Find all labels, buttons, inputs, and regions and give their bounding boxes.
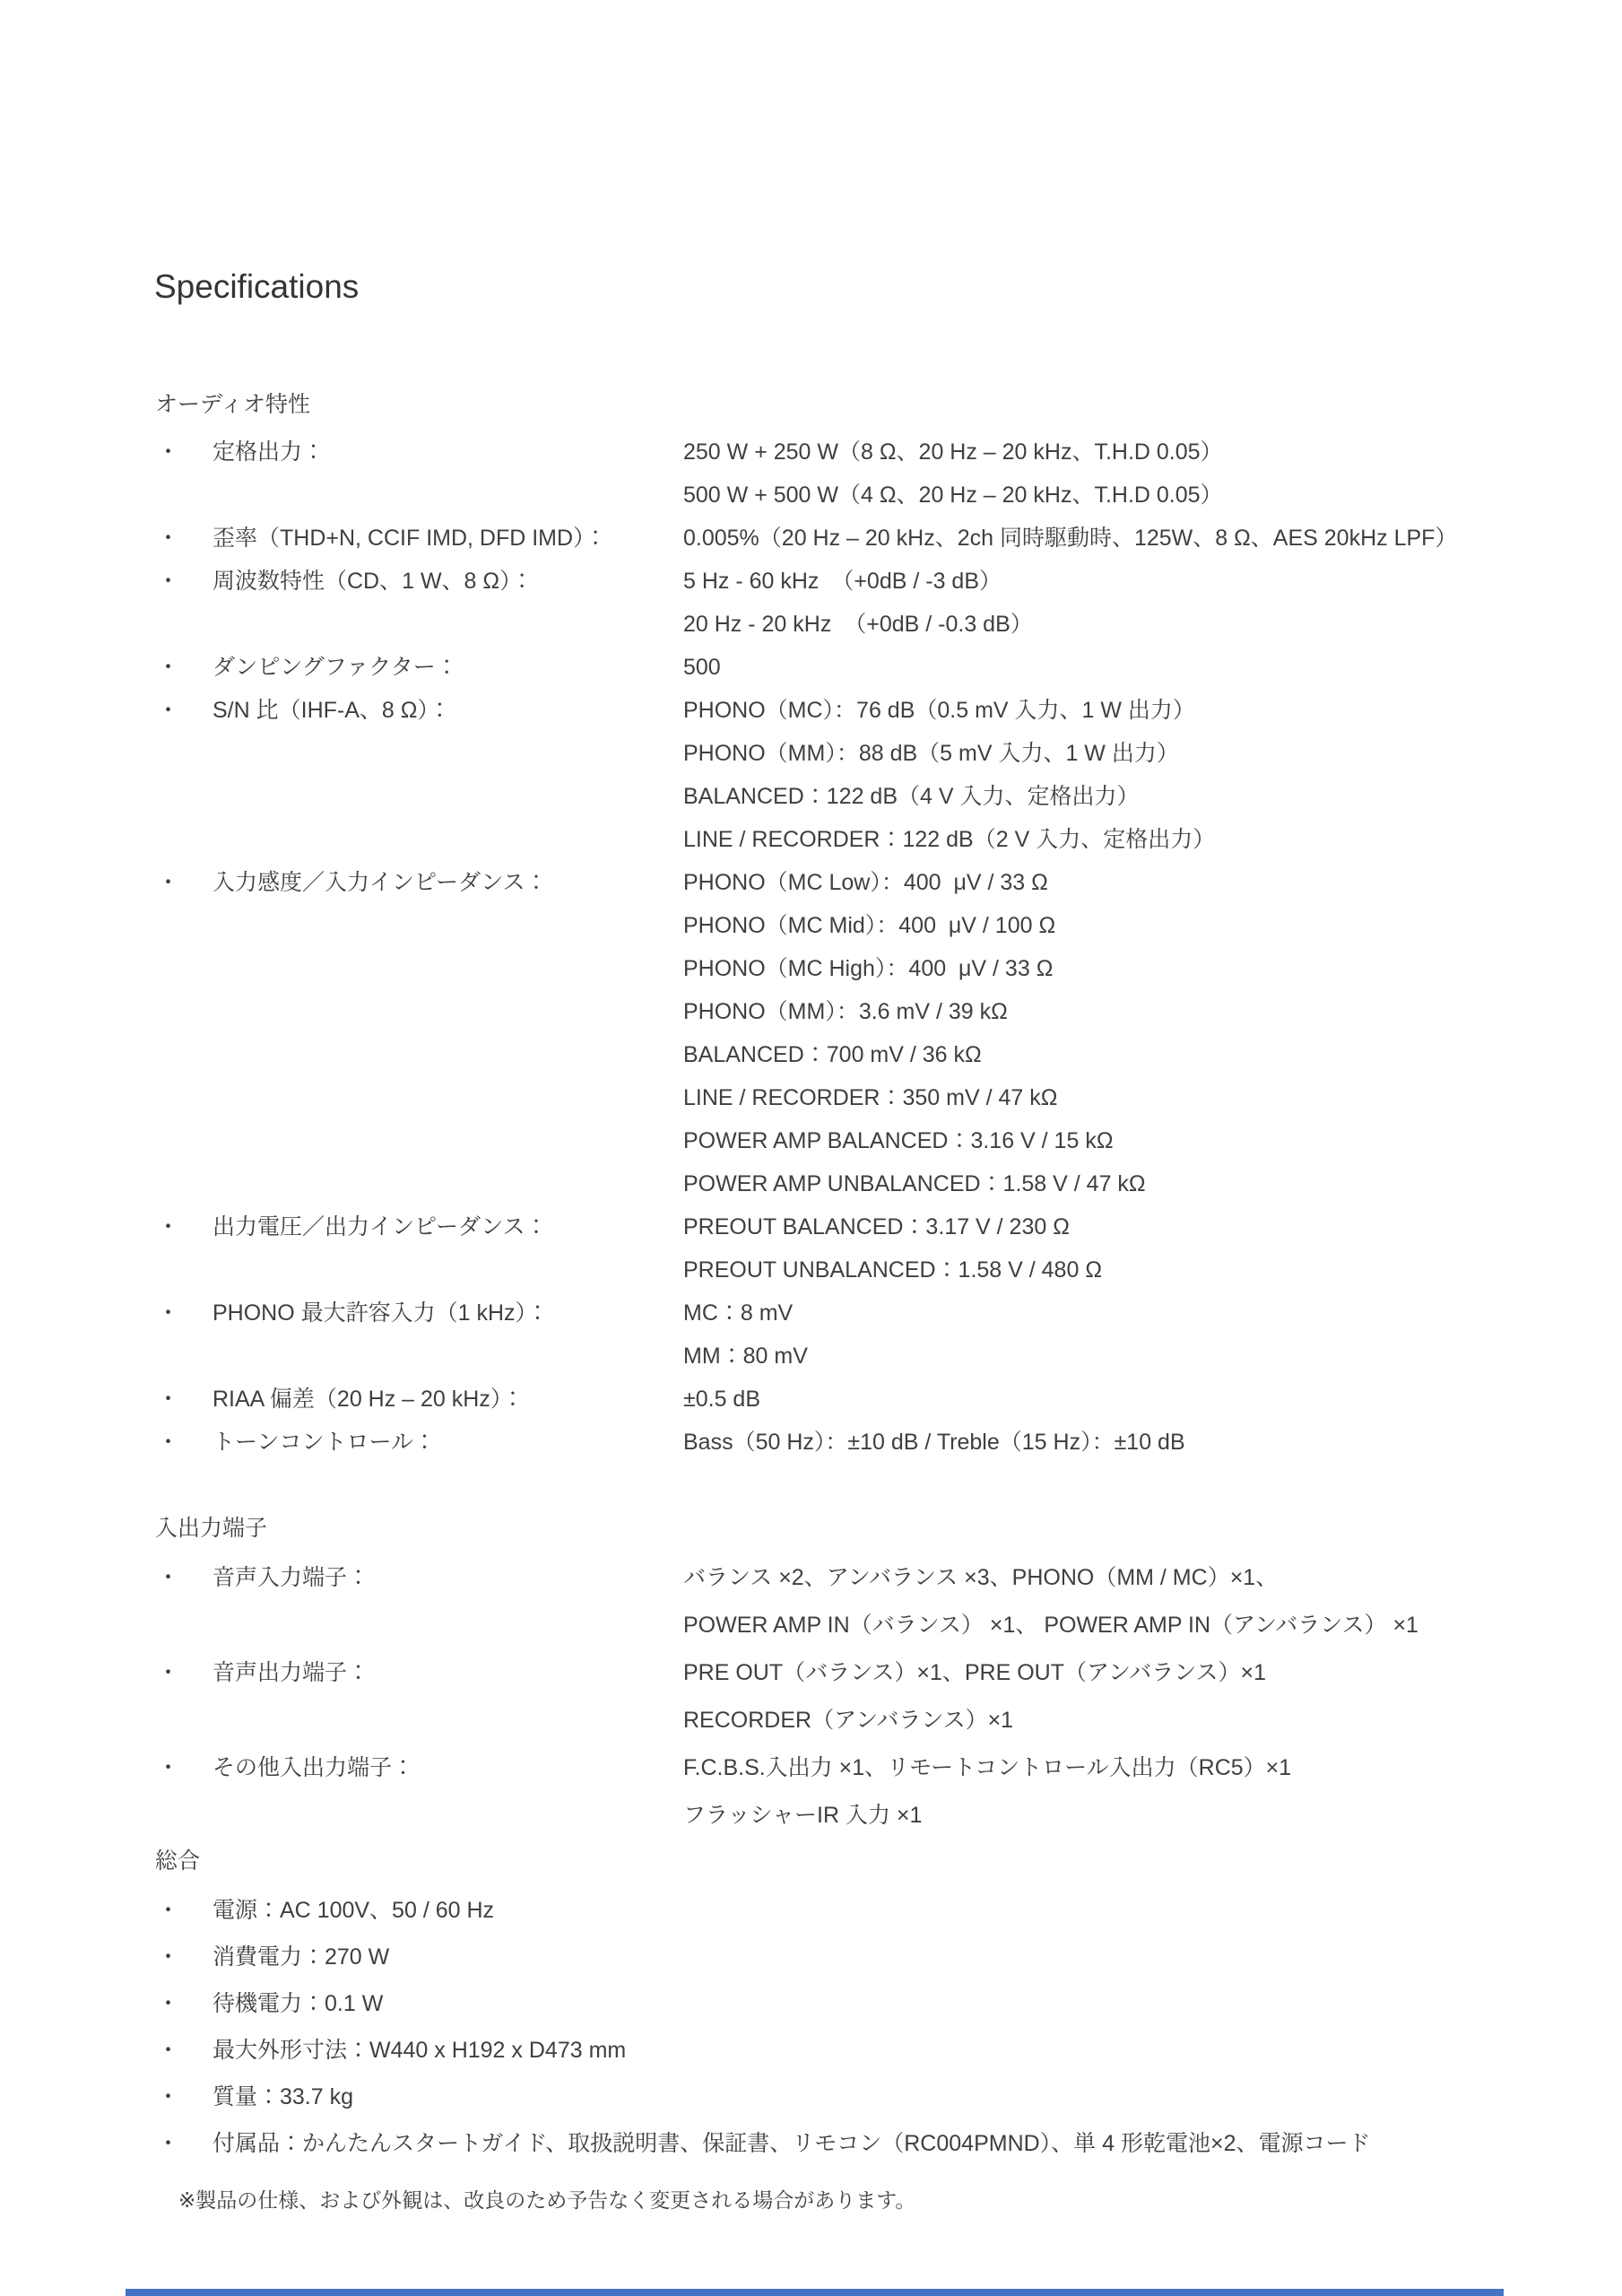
spec-row: ・ トーンコントロール： Bass（50 Hz）：±10 dB / Treble… [157,1421,1622,1464]
section-heading: 総合 [155,1839,1622,1883]
spec-row: ・ 定格出力： 250 W + 250 W（8 Ω、20 Hz – 20 kHz… [157,430,1622,517]
spec-value-line: MC：8 mV [683,1291,1622,1335]
spec-row: ・ 歪率（THD+N, CCIF IMD, DFD IMD）： 0.005%（2… [157,517,1622,560]
spec-document-page: Specifications オーディオ特性 ・ 定格出力： 250 W + 2… [0,0,1622,2296]
spec-values: MC：8 mV MM：80 mV [683,1291,1622,1378]
spec-value-line: POWER AMP BALANCED：3.16 V / 15 kΩ [683,1119,1622,1162]
spec-values: ±0.5 dB [683,1378,1622,1421]
spec-item-row: ・ 待機電力：0.1 W [157,1980,1622,2027]
spec-label: 入力感度／入力インピーダンス： [213,861,683,1205]
section-heading: 入出力端子 [155,1507,1622,1551]
spec-item-row: ・ 質量：33.7 kg [157,2074,1622,2120]
spec-item-text: 付属品：かんたんスタートガイド、取扱説明書、保証書、リモコン（RC004PMND… [213,2120,1622,2167]
spec-value-line: PHONO（MC）：76 dB（0.5 mV 入力、1 W 出力） [683,689,1622,732]
bullet-marker: ・ [157,1887,213,1934]
spec-values: 5 Hz - 60 kHz （+0dB / -3 dB） 20 Hz - 20 … [683,560,1622,646]
spec-value-line: 500 W + 500 W（4 Ω、20 Hz – 20 kHz、T.H.D 0… [683,474,1622,517]
spec-values: PRE OUT（バランス）×1、PRE OUT（アンバランス）×1 RECORD… [683,1649,1622,1744]
spec-value-line: PHONO（MC High）：400 μV / 33 Ω [683,947,1622,990]
page-title: Specifications [154,265,1622,309]
bullet-marker: ・ [157,517,213,560]
spec-label: ダンピングファクター： [213,646,683,689]
section-heading: オーディオ特性 [155,383,1622,427]
spec-row: ・ 周波数特性（CD、1 W、8 Ω）： 5 Hz - 60 kHz （+0dB… [157,560,1622,646]
spec-value-line: F.C.B.S.入出力 ×1、リモートコントロール入出力（RC5）×1 [683,1744,1622,1792]
spec-value-line: LINE / RECORDER：122 dB（2 V 入力、定格出力） [683,818,1622,861]
spec-value-line: POWER AMP UNBALANCED：1.58 V / 47 kΩ [683,1162,1622,1205]
bullet-marker: ・ [157,646,213,689]
spec-item-text: 待機電力：0.1 W [213,1980,1622,2027]
section-io-terminals: 入出力端子 ・ 音声入力端子： バランス ×2、アンバランス ×3、PHONO（… [0,1507,1622,1839]
spec-value-line: PHONO（MM）：88 dB（5 mV 入力、1 W 出力） [683,732,1622,775]
spec-row: ・ S/N 比（IHF-A、8 Ω）： PHONO（MC）：76 dB（0.5 … [157,689,1622,861]
spec-value-line: 500 [683,646,1622,689]
spec-row: ・ 入力感度／入力インピーダンス： PHONO（MC Low）：400 μV /… [157,861,1622,1205]
spec-label: RIAA 偏差（20 Hz – 20 kHz）： [213,1378,683,1421]
footer-disclaimer-note: ※製品の仕様、および外観は、改良のため予告なく変更される場合があります。 [178,2187,1622,2213]
spec-value-line: PRE OUT（バランス）×1、PRE OUT（アンバランス）×1 [683,1649,1622,1697]
spec-value-line: LINE / RECORDER：350 mV / 47 kΩ [683,1076,1622,1119]
spec-row: ・ その他入出力端子： F.C.B.S.入出力 ×1、リモートコントロール入出力… [157,1744,1622,1839]
spec-label: PHONO 最大許容入力（1 kHz）： [213,1291,683,1378]
section-audio-characteristics: オーディオ特性 ・ 定格出力： 250 W + 250 W（8 Ω、20 Hz … [0,383,1622,1464]
spec-values: F.C.B.S.入出力 ×1、リモートコントロール入出力（RC5）×1 フラッシ… [683,1744,1622,1839]
spec-item-row: ・ 付属品：かんたんスタートガイド、取扱説明書、保証書、リモコン（RC004PM… [157,2120,1622,2167]
spec-label: 定格出力： [213,430,683,517]
spec-values: PHONO（MC）：76 dB（0.5 mV 入力、1 W 出力） PHONO（… [683,689,1622,861]
spec-values: Bass（50 Hz）：±10 dB / Treble（15 Hz）：±10 d… [683,1421,1622,1464]
spec-value-line: BALANCED：700 mV / 36 kΩ [683,1033,1622,1076]
spec-value-line: PREOUT UNBALANCED：1.58 V / 480 Ω [683,1248,1622,1291]
spec-values: PHONO（MC Low）：400 μV / 33 Ω PHONO（MC Mid… [683,861,1622,1205]
section-rows: ・ 音声入力端子： バランス ×2、アンバランス ×3、PHONO（MM / M… [0,1554,1622,1839]
spec-value-line: 250 W + 250 W（8 Ω、20 Hz – 20 kHz、T.H.D 0… [683,430,1622,474]
spec-label: 音声出力端子： [213,1649,683,1697]
spec-values: バランス ×2、アンバランス ×3、PHONO（MM / MC）×1、 POWE… [683,1554,1622,1649]
spec-label: 音声入力端子： [213,1554,683,1602]
spec-item-text: 消費電力：270 W [213,1934,1622,1980]
spec-row: ・ 音声出力端子： PRE OUT（バランス）×1、PRE OUT（アンバランス… [157,1649,1622,1744]
spec-values: 0.005%（20 Hz – 20 kHz、2ch 同時駆動時、125W、8 Ω… [683,517,1622,560]
bullet-marker: ・ [157,1934,213,1980]
spec-row: ・ RIAA 偏差（20 Hz – 20 kHz）： ±0.5 dB [157,1378,1622,1421]
spec-item-text: 質量：33.7 kg [213,2074,1622,2120]
bullet-marker: ・ [157,2120,213,2167]
spec-item-row: ・ 消費電力：270 W [157,1934,1622,1980]
bullet-marker: ・ [157,560,213,646]
spec-row: ・ 音声入力端子： バランス ×2、アンバランス ×3、PHONO（MM / M… [157,1554,1622,1649]
bullet-marker: ・ [157,2074,213,2120]
spec-label: 歪率（THD+N, CCIF IMD, DFD IMD）： [213,517,683,560]
spec-value-line: PHONO（MC Low）：400 μV / 33 Ω [683,861,1622,904]
bullet-marker: ・ [157,1744,213,1792]
spec-row: ・ PHONO 最大許容入力（1 kHz）： MC：8 mV MM：80 mV [157,1291,1622,1378]
bullet-marker: ・ [157,1205,213,1291]
spec-value-line: フラッシャーIR 入力 ×1 [683,1792,1622,1839]
spec-label: S/N 比（IHF-A、8 Ω）： [213,689,683,861]
bullet-marker: ・ [157,1980,213,2027]
bullet-marker: ・ [157,1649,213,1697]
spec-item-text: 電源：AC 100V、50 / 60 Hz [213,1887,1622,1934]
spec-label: その他入出力端子： [213,1744,683,1792]
spec-value-line: PHONO（MC Mid）：400 μV / 100 Ω [683,904,1622,947]
spec-value-line: MM：80 mV [683,1335,1622,1378]
spec-item-row: ・ 電源：AC 100V、50 / 60 Hz [157,1887,1622,1934]
spec-value-line: RECORDER（アンバランス）×1 [683,1697,1622,1744]
spec-item-text: 最大外形寸法：W440 x H192 x D473 mm [213,2027,1622,2074]
bullet-marker: ・ [157,1554,213,1602]
section-rows: ・ 電源：AC 100V、50 / 60 Hz ・ 消費電力：270 W ・ 待… [0,1887,1622,2167]
bullet-marker: ・ [157,430,213,517]
spec-value-line: POWER AMP IN（バランス） ×1、 POWER AMP IN（アンバラ… [683,1602,1622,1649]
spec-row: ・ ダンピングファクター： 500 [157,646,1622,689]
spec-value-line: 0.005%（20 Hz – 20 kHz、2ch 同時駆動時、125W、8 Ω… [683,517,1622,560]
spec-label: 出力電圧／出力インピーダンス： [213,1205,683,1291]
spec-value-line: バランス ×2、アンバランス ×3、PHONO（MM / MC）×1、 [683,1554,1622,1602]
section-general: 総合 ・ 電源：AC 100V、50 / 60 Hz ・ 消費電力：270 W … [0,1839,1622,2167]
bullet-marker: ・ [157,1421,213,1464]
spec-row: ・ 出力電圧／出力インピーダンス： PREOUT BALANCED：3.17 V… [157,1205,1622,1291]
bullet-marker: ・ [157,1378,213,1421]
spec-label: トーンコントロール： [213,1421,683,1464]
spec-value-line: 5 Hz - 60 kHz （+0dB / -3 dB） [683,560,1622,603]
bullet-marker: ・ [157,689,213,861]
spec-value-line: PHONO（MM）：3.6 mV / 39 kΩ [683,990,1622,1033]
spec-value-line: PREOUT BALANCED：3.17 V / 230 Ω [683,1205,1622,1248]
spec-label: 周波数特性（CD、1 W、8 Ω）： [213,560,683,646]
spec-value-line: BALANCED：122 dB（4 V 入力、定格出力） [683,775,1622,818]
spec-value-line: 20 Hz - 20 kHz （+0dB / -0.3 dB） [683,603,1622,646]
bullet-marker: ・ [157,1291,213,1378]
spec-value-line: Bass（50 Hz）：±10 dB / Treble（15 Hz）：±10 d… [683,1421,1622,1464]
spec-item-row: ・ 最大外形寸法：W440 x H192 x D473 mm [157,2027,1622,2074]
section-rows: ・ 定格出力： 250 W + 250 W（8 Ω、20 Hz – 20 kHz… [0,430,1622,1464]
spec-values: PREOUT BALANCED：3.17 V / 230 Ω PREOUT UN… [683,1205,1622,1291]
spec-values: 250 W + 250 W（8 Ω、20 Hz – 20 kHz、T.H.D 0… [683,430,1622,517]
bottom-accent-bar [126,2289,1504,2296]
bullet-marker: ・ [157,2027,213,2074]
bullet-marker: ・ [157,861,213,1205]
spec-values: 500 [683,646,1622,689]
spec-value-line: ±0.5 dB [683,1378,1622,1421]
